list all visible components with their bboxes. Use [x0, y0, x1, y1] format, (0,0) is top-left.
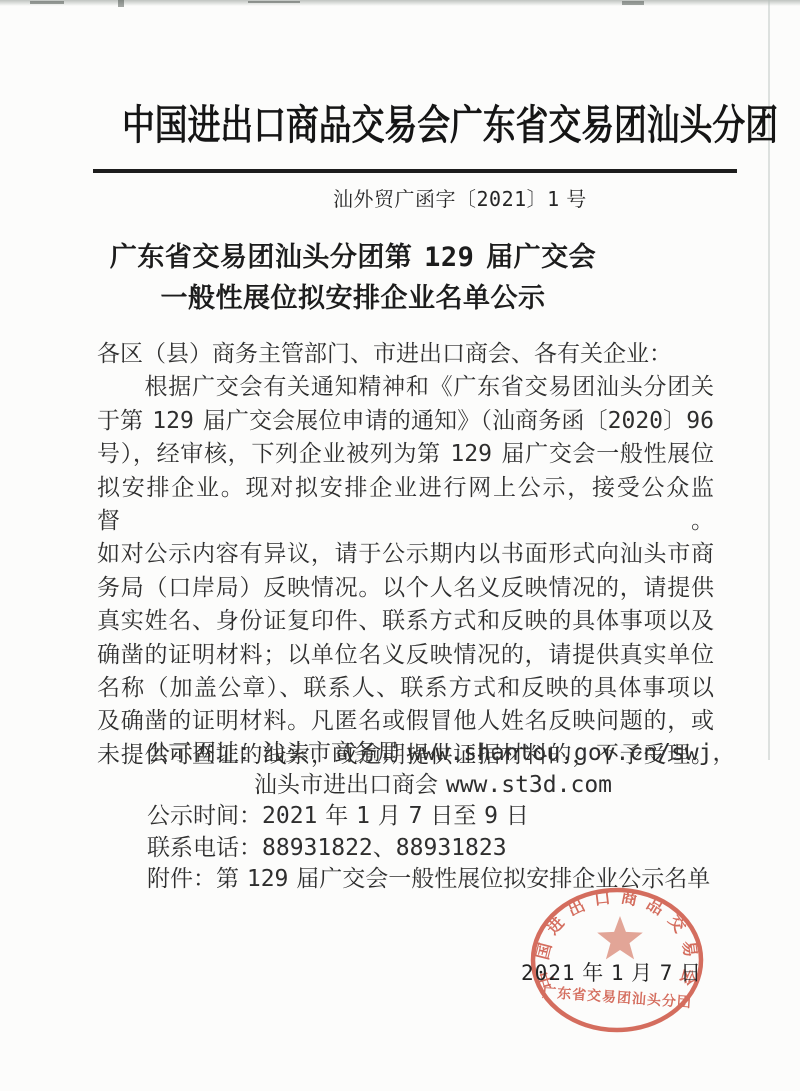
scan-speck: [622, 1, 644, 5]
body-line: 务局（口岸局）反映情况。以个人名义反映情况的，请提供: [97, 572, 714, 605]
publication-time-line: 公示时间：2021 年 1 月 7 日至 9 日: [97, 801, 737, 833]
body-line: 号），经审核，下列企业被列为第 129 届广交会一般性展位: [97, 438, 714, 471]
salutation: 各区（县）商务主管部门、市进出口商会、各有关企业：: [97, 338, 714, 371]
scan-speck: [118, 0, 124, 7]
letterhead-divider: [93, 169, 737, 173]
seal-star: [597, 916, 643, 959]
scan-speck: [248, 1, 300, 3]
publication-website-line2: 汕头市进出口商会 www.st3d.com: [97, 770, 737, 802]
body-line: 于第 129 届广交会展位申请的通知》（汕商务函〔2020〕96: [97, 405, 714, 438]
doc-number: 汕外贸广函字〔2021〕1 号: [333, 183, 587, 212]
issue-date: 2021 年 1 月 7 日: [521, 957, 702, 987]
body-line: 确凿的证明材料；以单位名义反映情况的，请提供真实单位: [97, 639, 714, 672]
letterhead-text: 中国进出口商品交易会广东省交易团汕头分团: [122, 100, 778, 150]
document-info: 公示网址：汕头市商务局 www.shantou.gov.cn/swj， 汕头市进…: [97, 738, 737, 896]
document-title: 广东省交易团汕头分团第 129 届广交会 一般性展位拟安排企业名单公示: [0, 237, 706, 319]
document-page: 中国进出口商品交易会广东省交易团汕头分团 汕外贸广函字〔2021〕1 号 广东省…: [0, 0, 800, 1091]
document-body: 各区（县）商务主管部门、市进出口商会、各有关企业： 根据广交会有关通知精神和《广…: [97, 338, 714, 772]
seal-bottom-text: 广东省交易团汕头分团: [542, 984, 693, 1011]
body-line: 如对公示内容有异议，请于公示期内以书面形式向汕头市商: [97, 538, 714, 571]
body-line: 名称（加盖公章）、联系人、联系方式和反映的具体事项以: [97, 672, 714, 705]
body-line: 拟安排企业。现对拟安排企业进行网上公示，接受公众监督。: [97, 472, 714, 539]
letterhead-title: 中国进出口商品交易会广东省交易团汕头分团: [40, 100, 800, 150]
body-line: 及确凿的证明材料。凡匿名或假冒他人姓名反映问题的，或: [97, 705, 714, 738]
publication-website-line: 公示网址：汕头市商务局 www.shantou.gov.cn/swj，: [97, 738, 737, 770]
body-line: 真实姓名、身份证复印件、联系方式和反映的具体事项以及: [97, 605, 714, 638]
document-title-line2: 一般性展位拟安排企业名单公示: [0, 278, 706, 319]
contact-phone-line: 联系电话：88931822、88931823: [97, 833, 737, 865]
document-title-line1: 广东省交易团汕头分团第 129 届广交会: [0, 237, 706, 278]
scan-speck: [30, 1, 64, 4]
body-line: 根据广交会有关通知精神和《广东省交易团汕头分团关: [97, 371, 714, 404]
